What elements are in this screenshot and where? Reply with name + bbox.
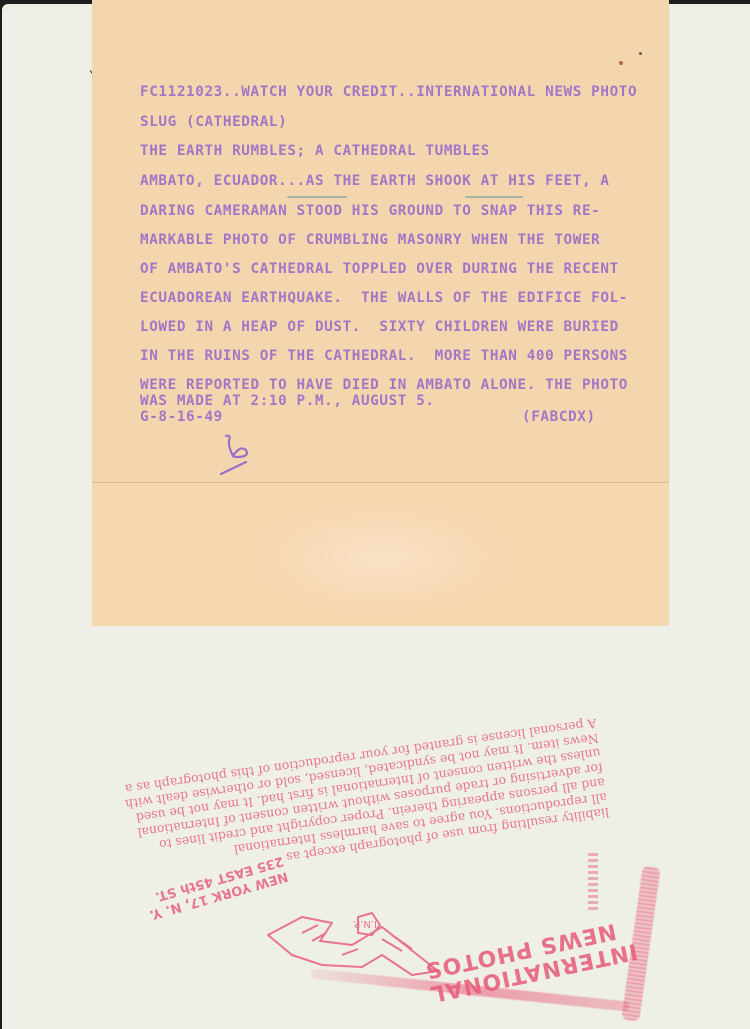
caption-line-slug-id: FC1121023..WATCH YOUR CREDIT..INTERNATIO… <box>140 84 637 100</box>
caption-line: AMBATO, ECUADOR...AS THE EARTH SHOOK AT … <box>140 173 610 189</box>
caption-line: WAS MADE AT 2:10 P.M., AUGUST 5. <box>140 393 435 409</box>
caption-line: ECUADOREAN EARTHQUAKE. THE WALLS OF THE … <box>140 290 628 306</box>
caption-line: DARING CAMERAMAN STOOD HIS GROUND TO SNA… <box>140 203 600 219</box>
caption-headline: THE EARTH RUMBLES; A CATHEDRAL TUMBLES <box>140 143 490 159</box>
caption-line: LOWED IN A HEAP OF DUST. SIXTY CHILDREN … <box>140 319 619 335</box>
paper-stain <box>252 503 512 613</box>
caption-line: OF AMBATO'S CATHEDRAL TOPPLED OVER DURIN… <box>140 261 619 277</box>
highlight-mark <box>465 196 523 198</box>
highlight-mark <box>287 196 347 198</box>
caption-line: MARKABLE PHOTO OF CRUMBLING MASONRY WHEN… <box>140 232 600 248</box>
ink-speck <box>619 61 623 65</box>
caption-line: IN THE RUINS OF THE CATHEDRAL. MORE THAN… <box>140 348 628 364</box>
caption-line: WERE REPORTED TO HAVE DIED IN AMBATO ALO… <box>140 377 628 393</box>
handwritten-initials <box>220 432 256 476</box>
caption-line-slug: SLUG (CATHEDRAL) <box>140 114 287 130</box>
ink-speck <box>639 52 642 55</box>
agency-code: (FABCDX) <box>522 409 596 425</box>
caption-fold-flap <box>92 482 669 626</box>
caption-sheet: FC1121023..WATCH YOUR CREDIT..INTERNATIO… <box>92 0 669 625</box>
date-code: G-8-16-49 <box>140 409 223 425</box>
